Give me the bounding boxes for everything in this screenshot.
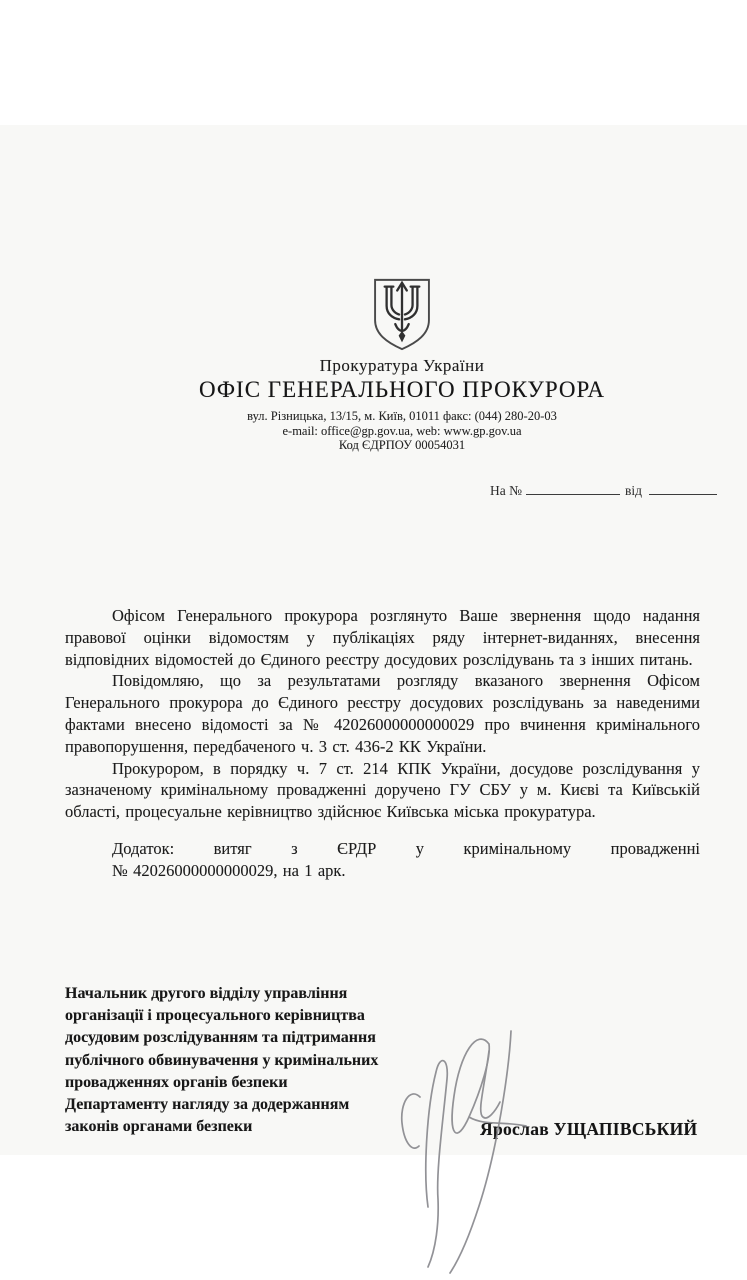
letterhead: Прокуратура України ОФІС ГЕНЕРАЛЬНОГО ПР… xyxy=(82,277,722,453)
paragraph-3: Прокурором, в порядку ч. 7 ст. 214 КПК У… xyxy=(65,758,700,823)
edrpou-line: Код ЄДРПОУ 00054031 xyxy=(82,438,722,453)
ukraine-trident-emblem xyxy=(371,277,433,352)
contact-line: e-mail: office@gp.gov.ua, web: www.gp.go… xyxy=(82,424,722,439)
scan-paper: Прокуратура України ОФІС ГЕНЕРАЛЬНОГО ПР… xyxy=(0,125,747,1155)
org-name-title: ОФІС ГЕНЕРАЛЬНОГО ПРОКУРОРА xyxy=(82,377,722,403)
paragraph-2: Повідомляю, що за результатами розгляду … xyxy=(65,670,700,757)
attachment-line-1: Додаток: витяг з ЄРДР у кримінальному пр… xyxy=(65,838,700,860)
scanned-letter-page: Прокуратура України ОФІС ГЕНЕРАЛЬНОГО ПР… xyxy=(0,0,747,1280)
position-line: Начальник другого відділу управління xyxy=(65,983,465,1005)
org-name-small: Прокуратура України xyxy=(82,356,722,376)
from-label: від xyxy=(625,483,642,498)
handwritten-signature xyxy=(392,1009,534,1279)
on-number-label: На № xyxy=(490,483,522,498)
attachment-line-2: № 42026000000000029, на 1 арк. xyxy=(65,860,700,882)
reference-line: На №від xyxy=(490,481,717,499)
paragraph-1: Офісом Генерального прокурора розглянуто… xyxy=(65,605,700,670)
date-blank-line xyxy=(649,481,717,495)
number-blank-line xyxy=(526,481,620,495)
address-line: вул. Різницька, 13/15, м. Київ, 01011 фа… xyxy=(82,409,722,424)
letter-body: Офісом Генерального прокурора розглянуто… xyxy=(65,605,700,882)
